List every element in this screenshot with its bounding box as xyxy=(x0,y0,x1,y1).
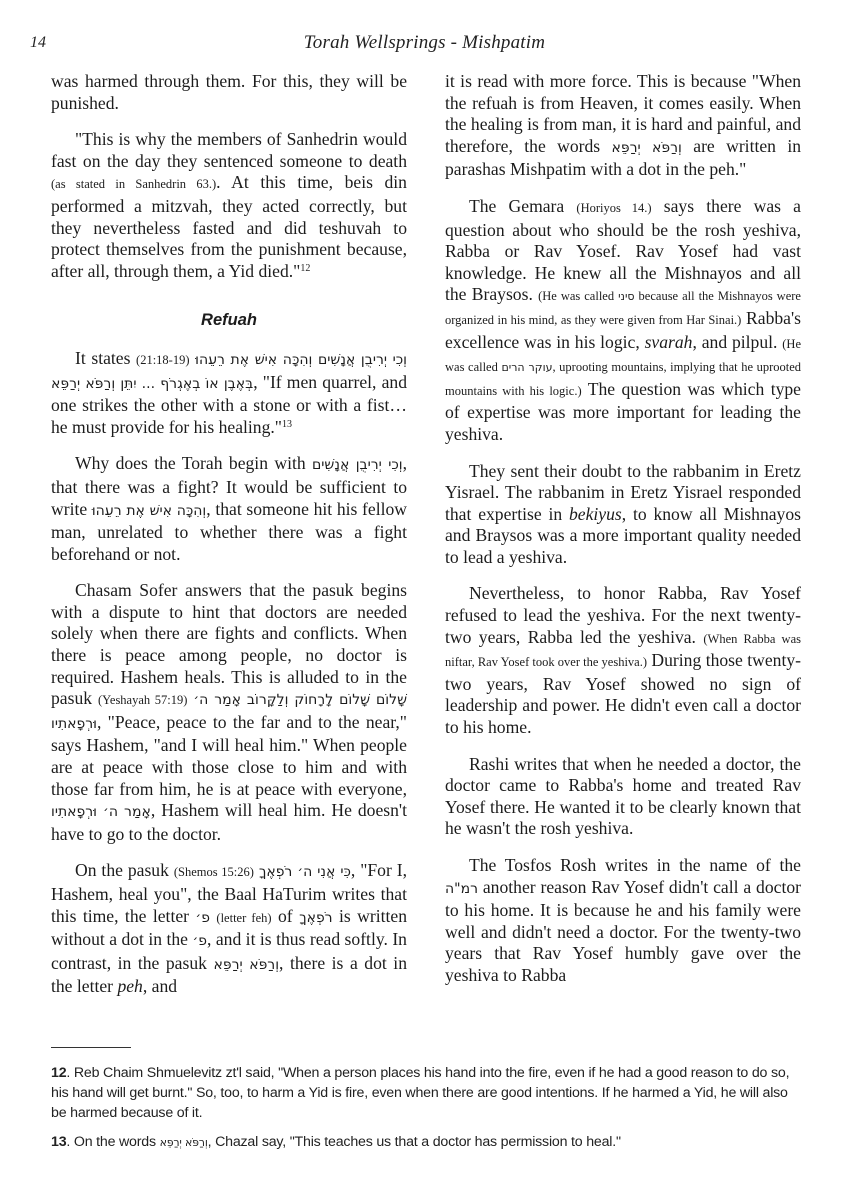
hebrew-letter: פ׳ xyxy=(195,910,210,926)
paragraph: The Gemara (Horiyos 14.) says there was … xyxy=(445,196,801,446)
right-column: it is read with more force. This is beca… xyxy=(445,71,801,1002)
footnote-marker[interactable]: 13 xyxy=(282,419,292,430)
footnote-number: 13 xyxy=(51,1134,66,1150)
note: (letter feh) xyxy=(216,911,271,925)
paragraph: it is read with more force. This is beca… xyxy=(445,71,801,181)
hebrew-quote: וְרַפֹּא יְרַפֵּא xyxy=(213,957,279,973)
text: , "Peace, peace to the far and to the ne… xyxy=(51,712,407,799)
hebrew-quote: רֹפְאֶךָ xyxy=(299,910,333,926)
paragraph: It states (21:18-19) וְכִי יְרִיבֻן אֲנָ… xyxy=(51,348,407,438)
footnote-text: . Reb Chaim Shmuelevitz zt'l said, "When… xyxy=(51,1065,789,1121)
left-column: was harmed through them. For this, they … xyxy=(51,71,407,1013)
text: It states xyxy=(75,348,136,368)
paragraph: Nevertheless, to honor Rabba, Rav Yosef … xyxy=(445,583,801,738)
footnote-text: , Chazal say, "This teaches us that a do… xyxy=(208,1134,621,1150)
hebrew-word: עוקר הרים xyxy=(501,361,552,374)
page-header: 14 Torah Wellsprings - Mishpatim xyxy=(30,30,819,58)
text: , and xyxy=(143,976,177,996)
footnotes: 12. Reb Chaim Shmuelevitz zt'l said, "Wh… xyxy=(51,1063,796,1162)
text: of xyxy=(272,906,300,926)
paragraph: They sent their doubt to the rabbanim in… xyxy=(445,461,801,569)
running-title: Torah Wellsprings - Mishpatim xyxy=(30,32,819,54)
text: , and pilpul. xyxy=(692,332,782,352)
book-page: 14 Torah Wellsprings - Mishpatim was har… xyxy=(0,0,849,1200)
source-reference: (21:18-19) xyxy=(136,353,189,367)
text: Why does the Torah begin with xyxy=(75,453,312,473)
footnote-12: 12. Reb Chaim Shmuelevitz zt'l said, "Wh… xyxy=(51,1063,796,1123)
paragraph: Why does the Torah begin with וְכִי יְרִ… xyxy=(51,453,407,565)
hebrew-quote: וְרַפֹּא יְרַפֵּא xyxy=(612,140,682,156)
text: Chasam Sofer answers that the pasuk begi… xyxy=(51,580,407,708)
hebrew-quote: כִּי אֲנִי ה׳ רֹפְאֶךָ xyxy=(259,864,351,880)
paragraph: On the pasuk (Shemos 15:26) כִּי אֲנִי ה… xyxy=(51,860,407,998)
text: The Gemara xyxy=(469,196,576,216)
hebrew-letter: פ׳ xyxy=(192,933,207,949)
paragraph: was harmed through them. For this, they … xyxy=(51,71,407,114)
footnote-text: . On the words xyxy=(66,1134,159,1150)
text: "This is why the members of Sanhedrin wo… xyxy=(51,129,407,171)
hebrew-quote: וְרַפֹּא יְרַפֵּא xyxy=(160,1136,208,1149)
footnote-marker[interactable]: 12 xyxy=(300,263,310,274)
hebrew-word: רמ"ה xyxy=(445,881,478,897)
source-reference: (Yeshayah 57:19) xyxy=(98,693,187,707)
italic-term: svarah xyxy=(645,332,693,352)
footnote-13: 13. On the words וְרַפֹּא יְרַפֵּא, Chaz… xyxy=(51,1132,796,1153)
paragraph: The Tosfos Rosh writes in the name of th… xyxy=(445,855,801,987)
section-heading: Refuah xyxy=(51,310,407,332)
footnote-divider xyxy=(51,1047,131,1048)
paragraph: Chasam Sofer answers that the pasuk begi… xyxy=(51,580,407,845)
source-reference: (Horiyos 14.) xyxy=(576,201,651,215)
hebrew-quote: וְכִי יְרִיבֻן אֲנָשִׁים xyxy=(312,457,403,473)
italic-term: peh xyxy=(117,976,142,996)
text: (He was called xyxy=(538,289,618,303)
source-reference: (as stated in Sanhedrin 63.) xyxy=(51,177,216,191)
hebrew-word: סיני xyxy=(618,290,634,303)
source-reference: (Shemos 15:26) xyxy=(174,865,254,879)
paragraph: "This is why the members of Sanhedrin wo… xyxy=(51,129,407,282)
paragraph: Rashi writes that when he needed a docto… xyxy=(445,754,801,840)
hebrew-quote: אָמַר ה׳ וּרְפָאתִיו xyxy=(51,804,151,820)
text: The Tosfos Rosh writes in the name of th… xyxy=(469,855,801,875)
italic-term: bekiyus xyxy=(569,504,622,524)
text: another reason Rav Yosef didn't call a d… xyxy=(445,877,801,985)
text: On the pasuk xyxy=(75,860,174,880)
hebrew-quote: וְהִכָּה אִישׁ אֶת רֵעֵהוּ xyxy=(92,503,206,519)
footnote-number: 12 xyxy=(51,1065,66,1081)
